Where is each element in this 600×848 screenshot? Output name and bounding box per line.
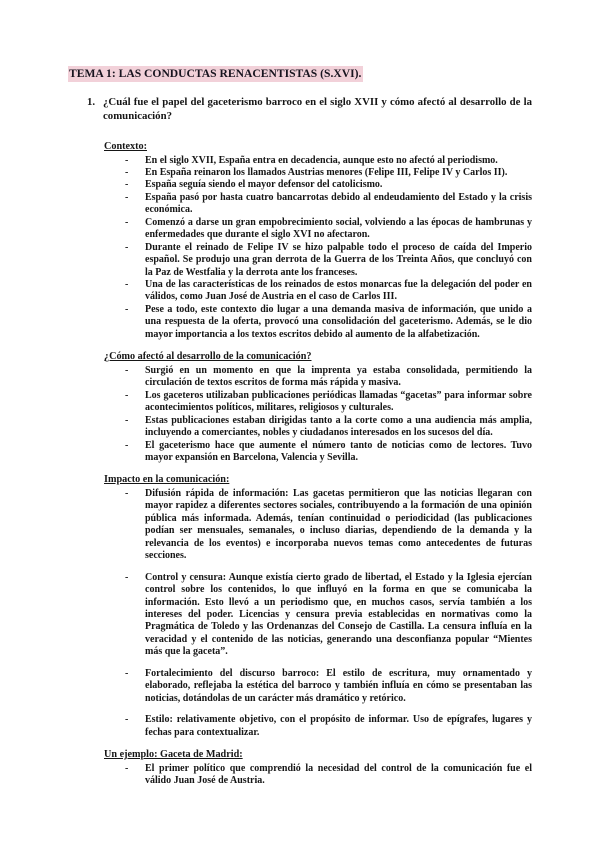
- section-1: Contexto:En el siglo XVII, España entra …: [68, 141, 532, 341]
- bullet-item: Comenzó a darse un gran empobrecimiento …: [145, 217, 532, 242]
- bullet-item: Los gaceteros utilizaban publicaciones p…: [145, 390, 532, 415]
- document-page: TEMA 1: LAS CONDUCTAS RENACENTISTAS (S.X…: [0, 0, 600, 848]
- question-number: 1.: [87, 96, 103, 123]
- bullet-list: Surgió en un momento en que la imprenta …: [68, 365, 532, 465]
- question-text: ¿Cuál fue el papel del gaceterismo barro…: [103, 96, 532, 123]
- bullet-item: Surgió en un momento en que la imprenta …: [145, 365, 532, 390]
- bullet-item: El primer político que comprendió la nec…: [145, 763, 532, 788]
- bullet-list: El primer político que comprendió la nec…: [68, 763, 532, 788]
- bullet-item: Control y censura: Aunque existía cierto…: [145, 572, 532, 659]
- question-block: 1. ¿Cuál fue el papel del gaceterismo ba…: [87, 96, 532, 123]
- bullet-list: En el siglo XVII, España entra en decade…: [68, 155, 532, 342]
- section-2: ¿Cómo afectó al desarrollo de la comunic…: [68, 351, 532, 464]
- bullet-item: Durante el reinado de Felipe IV se hizo …: [145, 242, 532, 279]
- bullet-item: Difusión rápida de información: Las gace…: [145, 488, 532, 563]
- bullet-item: En España reinaron los llamados Austrias…: [145, 167, 532, 179]
- bullet-item: Estas publicaciones estaban dirigidas ta…: [145, 415, 532, 440]
- bullet-item: España pasó por hasta cuatro bancarrotas…: [145, 192, 532, 217]
- section-heading: Contexto:: [104, 141, 532, 154]
- bullet-item: Estilo: relativamente objetivo, con el p…: [145, 714, 532, 739]
- bullet-list: Difusión rápida de información: Las gace…: [68, 488, 532, 739]
- section-heading: Un ejemplo: Gaceta de Madrid:: [104, 749, 532, 762]
- bullet-item: Fortalecimiento del discurso barroco: El…: [145, 668, 532, 705]
- bullet-item: Una de las características de los reinad…: [145, 279, 532, 304]
- section-4: Un ejemplo: Gaceta de Madrid:El primer p…: [68, 749, 532, 787]
- page-title: TEMA 1: LAS CONDUCTAS RENACENTISTAS (S.X…: [68, 66, 532, 81]
- bullet-item: España seguía siendo el mayor defensor d…: [145, 179, 532, 191]
- bullet-item: En el siglo XVII, España entra en decade…: [145, 155, 532, 167]
- section-heading: Impacto en la comunicación:: [104, 474, 532, 487]
- section-heading: ¿Cómo afectó al desarrollo de la comunic…: [104, 351, 532, 364]
- sections-container: Contexto:En el siglo XVII, España entra …: [68, 141, 532, 787]
- bullet-item: El gaceterismo hace que aumente el númer…: [145, 440, 532, 465]
- section-3: Impacto en la comunicación:Difusión rápi…: [68, 474, 532, 739]
- bullet-item: Pese a todo, este contexto dio lugar a u…: [145, 304, 532, 341]
- page-title-highlight: TEMA 1: LAS CONDUCTAS RENACENTISTAS (S.X…: [68, 66, 363, 82]
